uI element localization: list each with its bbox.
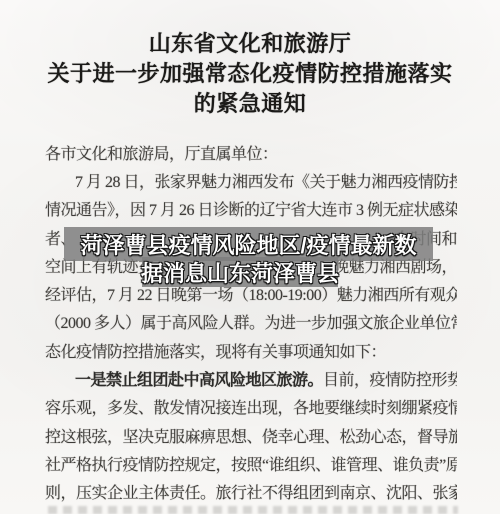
body-line-text: 态化疫情防控措施落实，现将有关事项通知如下： bbox=[45, 339, 386, 362]
notice-title-line-1: 山东省文化和旅游厅 bbox=[0, 29, 500, 59]
body-line-text: 控这根弦，坚决克服麻痹思想、侥幸心理、松劲心态，督导旅行 bbox=[45, 424, 457, 447]
notice-body: 各市文化和旅游局，厅直属单位：7 月 28 日，张家界魅力湘西发布《关于魅力湘西… bbox=[45, 138, 457, 506]
body-line-3: 情况通告》，因 7 月 26 日诊断的辽宁省大连市 3 例无症状感染 bbox=[45, 195, 457, 223]
notice-title: 山东省文化和旅游厅 关于进一步加强常态化疫情防控措施落实 的紧急通知 bbox=[0, 29, 500, 119]
body-line-text: （2000 多人）属于高风险人群。为进一步加强文旅企业单位常 bbox=[45, 310, 457, 333]
body-line-2: 7 月 28 日，张家界魅力湘西发布《关于魅力湘西疫情防控 bbox=[45, 166, 457, 194]
body-line-text: 情况通告》，因 7 月 26 日诊断的辽宁省大连市 3 例无症状感染 bbox=[45, 197, 457, 220]
scanned-notice-page: 山东省文化和旅游厅 关于进一步加强常态化疫情防控措施落实 的紧急通知 各市文化和… bbox=[0, 0, 500, 514]
body-line-text: 各市文化和旅游局，厅直属单位： bbox=[45, 141, 278, 164]
notice-title-line-3: 的紧急通知 bbox=[0, 89, 500, 119]
body-line-12: 社严格执行疫情防控规定，按照“谁组织、谁管理、谁负责”原 bbox=[45, 449, 457, 477]
body-line-text: 社严格执行疫情防控规定，按照“谁组织、谁管理、谁负责”原 bbox=[45, 452, 457, 475]
body-line-9: 一是禁止组团赴中高风险地区旅游。目前，疫情防控形势不 bbox=[45, 364, 457, 392]
body-line-13: 则，压实企业主体责任。旅行社不得组团到南京、沈阳、张家界 bbox=[45, 478, 457, 506]
body-line-10: 容乐观，多发、散发情况接连出现，各地要继续时刻绷紧疫情防 bbox=[45, 393, 457, 421]
body-line-emphasis: 一是禁止组团赴中高风险地区旅游。 bbox=[75, 367, 323, 390]
body-line-7: （2000 多人）属于高风险人群。为进一步加强文旅企业单位常 bbox=[45, 308, 457, 336]
body-line-1: 各市文化和旅游局，厅直属单位： bbox=[45, 138, 457, 166]
caption-overlay-line-2: 据消息山东菏泽曹县 bbox=[142, 257, 338, 287]
body-line-8: 态化疫情防控措施落实，现将有关事项通知如下： bbox=[45, 336, 457, 364]
body-line-11: 控这根弦，坚决克服麻痹思想、侥幸心理、松劲心态，督导旅行 bbox=[45, 421, 457, 449]
body-line-text: 则，压实企业主体责任。旅行社不得组团到南京、沈阳、张家界 bbox=[45, 480, 457, 503]
body-line-text: 目前，疫情防控形势不 bbox=[323, 367, 457, 390]
body-line-text: 容乐观，多发、散发情况接连出现，各地要继续时刻绷紧疫情防 bbox=[45, 395, 457, 418]
notice-title-line-2: 关于进一步加强常态化疫情防控措施落实 bbox=[0, 59, 500, 89]
cutoff-text-line bbox=[48, 506, 458, 514]
body-line-text: 7 月 28 日，张家界魅力湘西发布《关于魅力湘西疫情防控 bbox=[75, 169, 457, 192]
